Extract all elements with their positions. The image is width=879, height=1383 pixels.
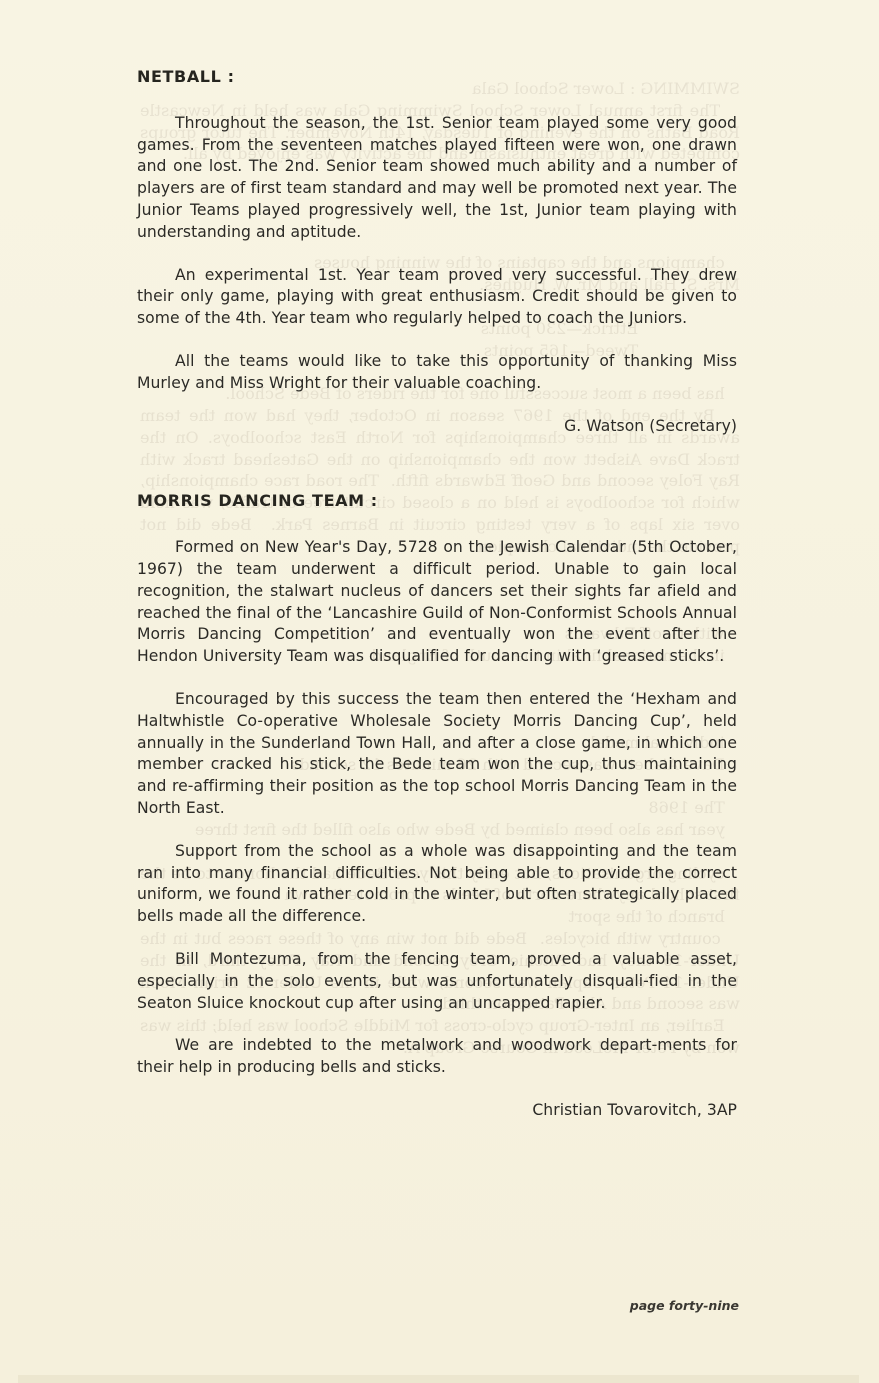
- morris-dancing-section: MORRIS DANCING TEAM : Formed on New Year…: [137, 490, 737, 1121]
- section-heading-morris-dancing: MORRIS DANCING TEAM :: [137, 490, 737, 512]
- morris-paragraph-3: Support from the school as a whole was d…: [137, 841, 737, 928]
- section-heading-netball: NETBALL :: [137, 66, 737, 88]
- netball-signature: G. Watson (Secretary): [137, 416, 737, 438]
- morris-paragraph-5: We are indebted to the metalwork and woo…: [137, 1035, 737, 1079]
- page-number: page forty-nine: [630, 1298, 739, 1313]
- morris-paragraph-4: Bill Montezuma, from the fencing team, p…: [137, 949, 737, 1014]
- morris-paragraph-2: Encouraged by this success the team then…: [137, 689, 737, 820]
- netball-paragraph-2: An experimental 1st. Year team proved ve…: [137, 265, 737, 330]
- netball-paragraph-3: All the teams would like to take this op…: [137, 351, 737, 395]
- page-edge: [18, 1375, 859, 1383]
- netball-paragraph-1: Throughout the season, the 1st. Senior t…: [137, 113, 737, 244]
- morris-paragraph-1: Formed on New Year's Day, 5728 on the Je…: [137, 537, 737, 668]
- morris-signature: Christian Tovarovitch, 3AP: [137, 1100, 737, 1122]
- netball-section: NETBALL : Throughout the season, the 1st…: [137, 66, 737, 437]
- page-content: NETBALL : Throughout the season, the 1st…: [137, 66, 737, 1122]
